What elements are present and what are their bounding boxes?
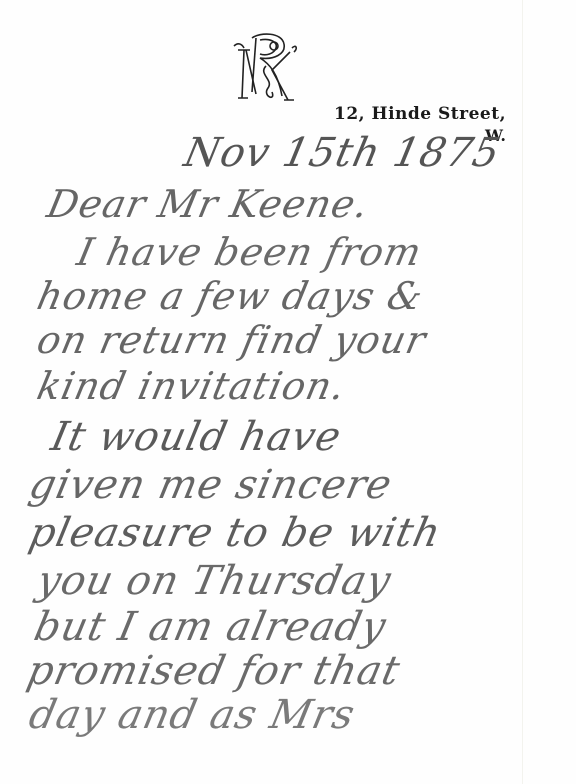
letter-line: day and as Mrs — [25, 692, 359, 738]
letter-line: promised for that — [23, 648, 404, 694]
letter-line: It would have — [47, 414, 345, 460]
letter-salutation: Dear Mr Keene. — [43, 182, 373, 226]
letter-line: given me sincere — [25, 462, 396, 508]
letter-line: you on Thursday — [33, 558, 395, 604]
letter-line: on return find your — [33, 318, 430, 362]
letter-line: pleasure to be with — [25, 510, 445, 556]
letter-line: kind invitation. — [33, 364, 349, 408]
letter-page: 12, Hinde Street, W. Nov 15th 1875 Dear … — [0, 0, 576, 784]
monogram-icon — [230, 30, 302, 106]
letter-date: Nov 15th 1875 — [180, 130, 504, 176]
page-edge — [522, 0, 523, 784]
letterhead-street: 12, Hinde Street, — [334, 104, 506, 124]
letter-line: home a few days & — [33, 274, 427, 318]
letter-line: I have been from — [73, 230, 426, 274]
letter-line: but I am already — [30, 604, 390, 650]
